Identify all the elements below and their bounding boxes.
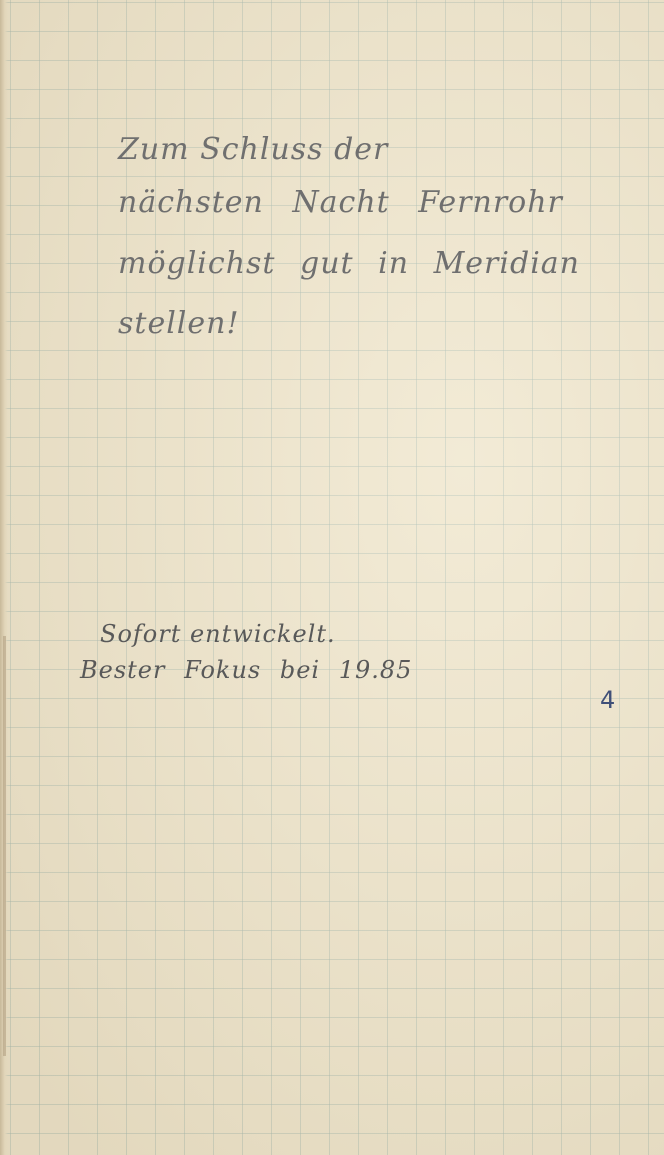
note-line: Sofort entwickelt. — [100, 620, 336, 648]
page-number: 4 — [600, 686, 615, 714]
note-line: möglichst gut in Meridian — [118, 246, 580, 281]
notebook-page: Zum Schluss der nächsten Nacht Fernrohr … — [0, 0, 664, 1155]
note-line: stellen! — [118, 306, 240, 341]
note-line: Zum Schluss der — [118, 132, 388, 167]
binding-stitch — [3, 636, 6, 1056]
note-line: Bester Fokus bei 19.85 — [80, 656, 412, 684]
note-line: nächsten Nacht Fernrohr — [118, 185, 563, 220]
